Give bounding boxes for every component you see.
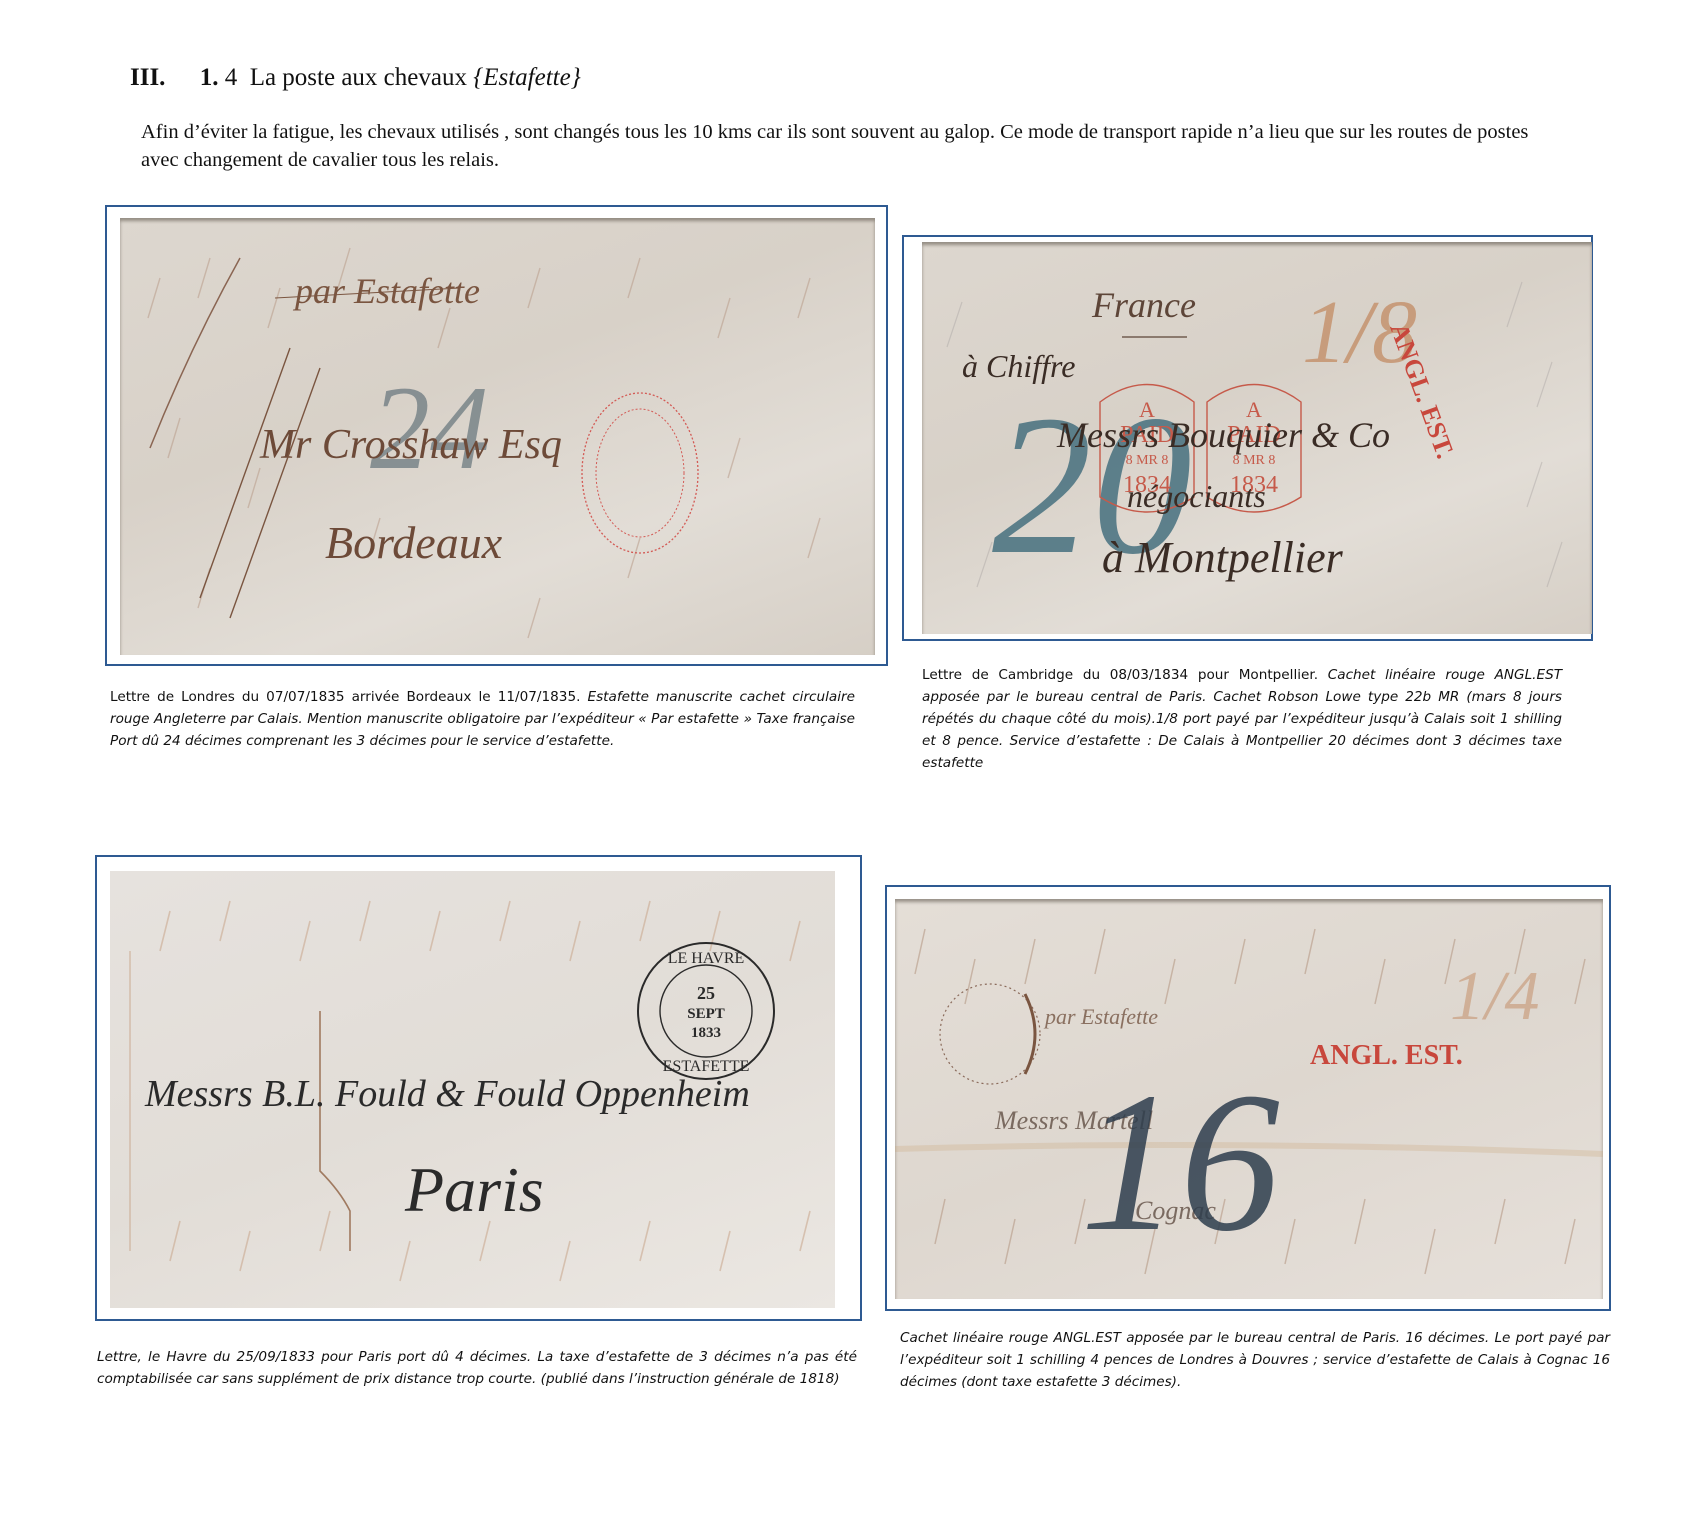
heading-title: La poste aux chevaux	[250, 64, 467, 91]
svg-text:Paris: Paris	[404, 1154, 544, 1225]
letter-scan-cambridge-montpellier: France à Chiffre 20 A PAID 8 MR 8 1834 A…	[922, 242, 1592, 634]
caption-cambridge-montpellier: Lettre de Cambridge du 08/03/1834 pour M…	[922, 664, 1562, 774]
letter-image-londres-bordeaux: par Estafette 24 Mr Crosshaw Esq Bordeau…	[120, 218, 875, 655]
svg-text:Messrs Bouquier & Co: Messrs Bouquier & Co	[1056, 415, 1390, 455]
svg-text:négociants: négociants	[1127, 478, 1266, 514]
letter-frame-havre-paris: LE HAVRE 25 SEPT 1833 ESTAFETTE Messrs B…	[95, 855, 862, 1321]
manuscript-country: France	[1091, 285, 1196, 325]
letter-scan-londres-bordeaux: par Estafette 24 Mr Crosshaw Esq Bordeau…	[120, 218, 875, 655]
angl-est-stamp: ANGL. EST.	[1384, 319, 1460, 462]
tax-numeral: 16	[1080, 1052, 1280, 1273]
heading-number: 1.	[200, 64, 219, 91]
caption-havre-paris: Lettre, le Havre du 25/09/1833 pour Pari…	[97, 1346, 857, 1390]
letter-frame-cambridge-montpellier: France à Chiffre 20 A PAID 8 MR 8 1834 A…	[902, 235, 1593, 641]
svg-text:1833: 1833	[691, 1025, 721, 1041]
heading-subnumber: 4	[225, 64, 238, 91]
paid-numeral: 1/4	[1450, 958, 1539, 1035]
intro-paragraph: Afin d’éviter la fatigue, les chevaux ut…	[141, 118, 1541, 174]
section-heading: III. 1. 4 La poste aux chevaux {Estafett…	[130, 64, 581, 92]
svg-text:à Montpellier: à Montpellier	[1102, 533, 1344, 582]
svg-text:SEPT: SEPT	[687, 1006, 725, 1022]
svg-text:Bordeaux: Bordeaux	[325, 517, 503, 568]
letter-frame-londres-cognac: par Estafette 1/4 ANGL. EST. Messrs Mart…	[885, 885, 1611, 1311]
red-circular-stamp	[582, 393, 698, 553]
letter-image-cambridge-montpellier: France à Chiffre 20 A PAID 8 MR 8 1834 A…	[922, 242, 1592, 634]
heading-roman: III.	[130, 64, 165, 91]
svg-text:25: 25	[697, 983, 715, 1003]
letter-scan-havre-paris: LE HAVRE 25 SEPT 1833 ESTAFETTE Messrs B…	[110, 871, 835, 1308]
svg-text:LE HAVRE: LE HAVRE	[668, 950, 745, 967]
svg-text:8 MR 8: 8 MR 8	[1233, 453, 1276, 468]
caption-londres-cognac: Cachet linéaire rouge ANGL.EST apposée p…	[900, 1327, 1610, 1393]
caption-londres-bordeaux: Lettre de Londres du 07/07/1835 arrivée …	[110, 686, 855, 752]
svg-text:Messrs B.L. Fould & Fould Oppe: Messrs B.L. Fould & Fould Oppenheim	[144, 1073, 750, 1115]
letter-scan-londres-cognac: par Estafette 1/4 ANGL. EST. Messrs Mart…	[895, 899, 1603, 1299]
manuscript-mention: par Estafette	[292, 271, 480, 311]
letter-image-londres-cognac: par Estafette 1/4 ANGL. EST. Messrs Mart…	[895, 899, 1603, 1299]
letter-frame-londres-bordeaux: par Estafette 24 Mr Crosshaw Esq Bordeau…	[105, 205, 888, 666]
svg-text:Mr Crosshaw Esq: Mr Crosshaw Esq	[259, 422, 562, 468]
le-havre-estafette-stamp: LE HAVRE 25 SEPT 1833 ESTAFETTE	[638, 943, 774, 1079]
svg-text:par Estafette: par Estafette	[1043, 1004, 1158, 1029]
letter-image-havre-paris: LE HAVRE 25 SEPT 1833 ESTAFETTE Messrs B…	[110, 871, 835, 1308]
circular-datestamp	[940, 984, 1040, 1084]
angl-est-stamp: ANGL. EST.	[1310, 1040, 1463, 1071]
svg-text:8 MR 8: 8 MR 8	[1126, 453, 1169, 468]
heading-title-italic: {Estafette}	[473, 64, 580, 91]
